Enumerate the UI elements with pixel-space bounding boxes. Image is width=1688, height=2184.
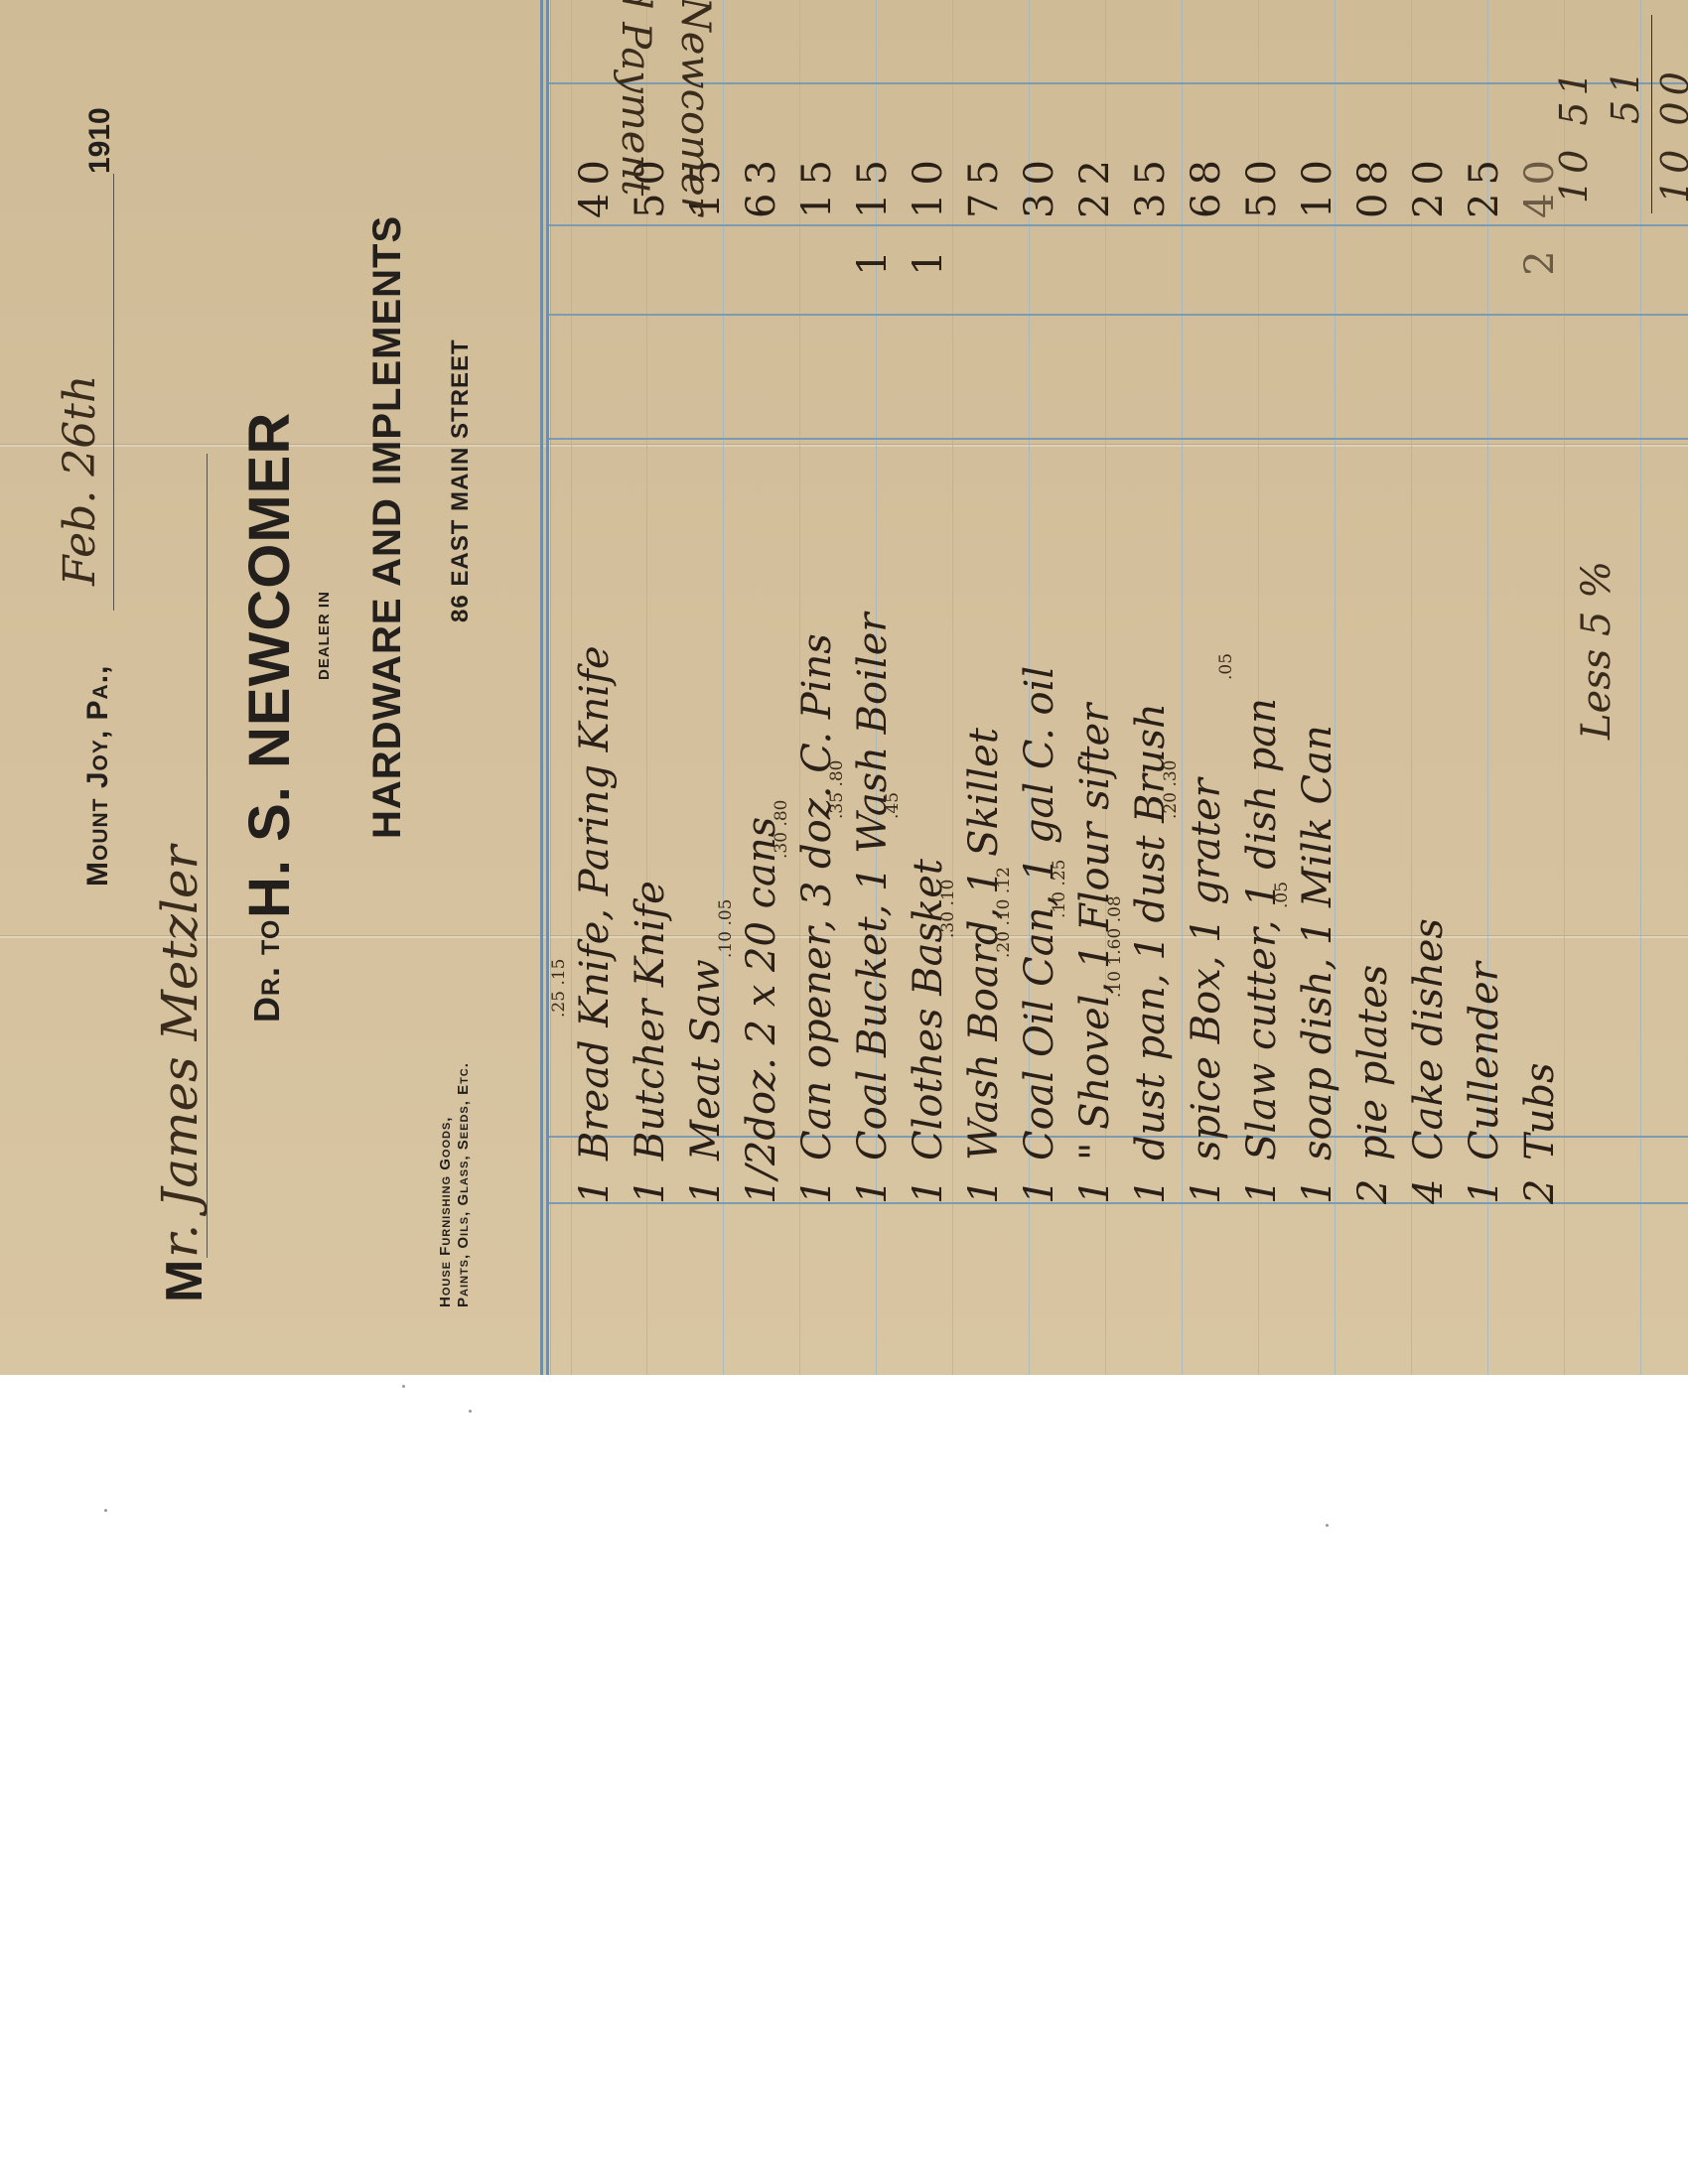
discount-label: Less 5 % [1574,561,1619,740]
item-description: 2Tubs [1517,1062,1563,1204]
scan-speck [104,1509,107,1512]
item-unit-prices: .45 [883,792,903,819]
invoice-year: 1910 [83,107,117,174]
item-unit-prices: .05 [1216,653,1236,680]
subtotal-amount: 10 51 [1552,66,1596,204]
street-address: 86 EAST MAIN STREET [447,339,475,622]
scan-speck [1326,1524,1329,1527]
item-unit-prices: .05 [1272,882,1292,908]
item-unit-prices: .35 .80 [827,760,847,819]
invoice-sheet: Mount Joy, Pa., Feb. 26th 1910 M r. Jame… [0,0,1688,1375]
invoice-date: Feb. 26th [55,375,105,586]
item-unit-prices: .30 .80 [772,800,791,859]
discount-amount: 51 [1604,65,1647,124]
payment-signature: H. S. Newcomer [672,0,718,215]
ledger-margin-rule [540,0,549,1375]
date-underline [113,174,114,611]
total-underline [1651,15,1652,213]
scan-speck [469,1410,472,1413]
ledger-row: 2Tubs 2 40 [1494,0,1571,1375]
goods-line-2: Paints, Oils, Glass, Seeds, Etc. [455,1062,472,1307]
dealer-in-label: DEALER IN [316,591,333,680]
item-unit-prices: .20 .30 [1161,760,1181,819]
item-unit-prices: .10 .25 [1050,860,1069,918]
scan-speck [402,1385,405,1388]
trade-heading: HARDWARE AND IMPLEMENTS [365,215,410,839]
ruled-line [1640,0,1641,1375]
salutation-mr: M [155,1260,214,1302]
item-unit-prices: .30 .10 [938,880,958,938]
item-unit-prices: .25 .15 [549,959,569,1018]
customer-name: r. James Metzler [151,846,209,1258]
item-unit-prices: .10 .05 [716,899,736,958]
net-total-amount: 10 00 [1653,66,1688,204]
item-unit-prices: .10 1.60 .08 [1105,895,1125,998]
place-label: Mount Joy, Pa., [81,665,115,887]
item-dollars: 2 [1517,223,1563,303]
merchant-name: H. S. NEWCOMER [236,412,303,918]
ledger: 1Bread Knife, Paring Knife .25 .15 40 1B… [549,0,1688,1375]
debtor-label: Dr. to [246,919,288,1023]
payment-received-note: Received Payment [613,0,658,196]
customer-underline [207,454,208,1258]
item-unit-prices: .20 .10 .12 [994,867,1014,958]
goods-line-1: House Furnishing Goods, [437,1117,454,1307]
